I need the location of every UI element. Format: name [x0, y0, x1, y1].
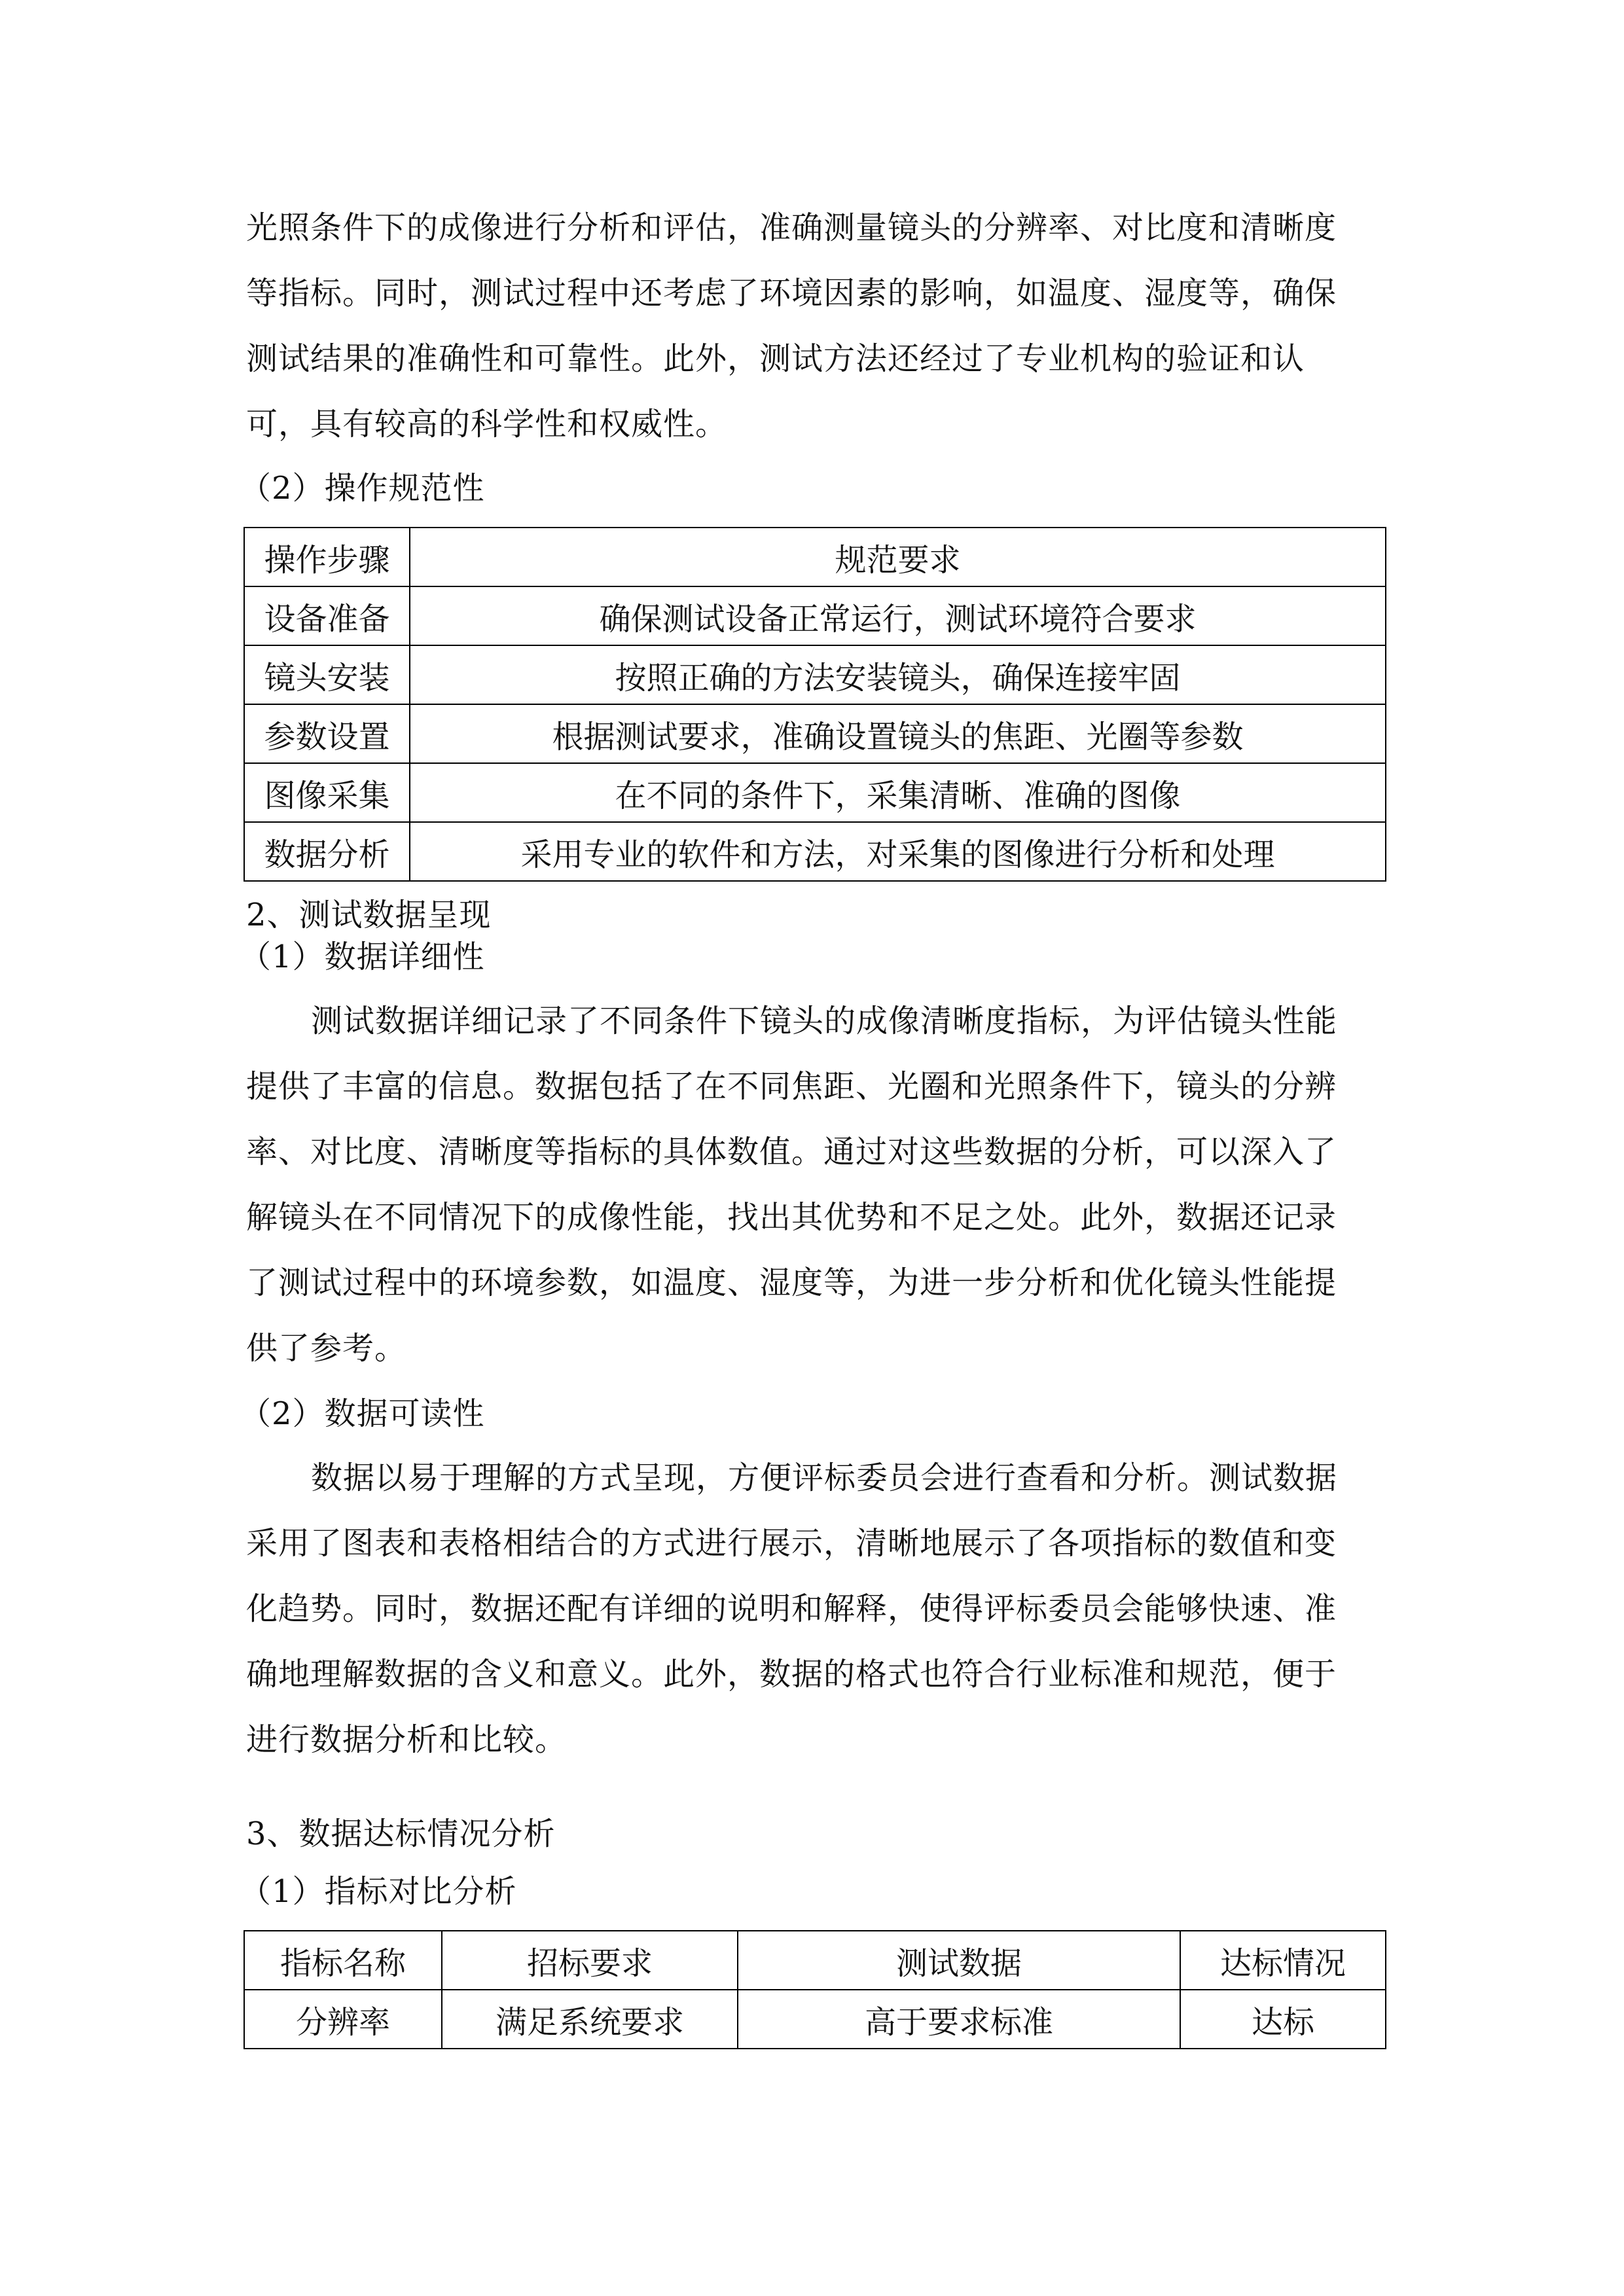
- table-header-cell: 达标情况: [1180, 1931, 1386, 1990]
- paragraph-line: 供了参考。: [246, 1329, 406, 1368]
- paragraph-line: 测试结果的准确性和可靠性。此外，测试方法还经过了专业机构的验证和认: [246, 339, 1305, 378]
- operation-table: 操作步骤 规范要求 设备准备 确保测试设备正常运行，测试环境符合要求 镜头安装 …: [244, 527, 1386, 882]
- paragraph-line: 提供了丰富的信息。数据包括了在不同焦距、光圈和光照条件下，镜头的分辨: [246, 1067, 1337, 1106]
- table-row: 图像采集 在不同的条件下，采集清晰、准确的图像: [244, 763, 1386, 822]
- subheading-operation: （2）操作规范性: [240, 469, 485, 508]
- table-header-cell: 招标要求: [442, 1931, 738, 1990]
- paragraph-line: 解镜头在不同情况下的成像性能，找出其优势和不足之处。此外，数据还记录: [246, 1198, 1337, 1237]
- paragraph-line: 光照条件下的成像进行分析和评估，准确测量镜头的分辨率、对比度和清晰度: [246, 208, 1337, 247]
- table-header-cell: 指标名称: [244, 1931, 442, 1990]
- table-row: 设备准备 确保测试设备正常运行，测试环境符合要求: [244, 586, 1386, 645]
- table-cell: 采用专业的软件和方法，对采集的图像进行分析和处理: [410, 822, 1386, 881]
- table-cell: 数据分析: [244, 822, 410, 881]
- table-cell: 图像采集: [244, 763, 410, 822]
- subheading-comparison: （1）指标对比分析: [240, 1872, 517, 1911]
- table-cell: 分辨率: [244, 1990, 442, 2049]
- table-header-row: 操作步骤 规范要求: [244, 528, 1386, 586]
- paragraph-line: 等指标。同时，测试过程中还考虑了环境因素的影响，如温度、湿度等，确保: [246, 274, 1337, 313]
- table-row: 镜头安装 按照正确的方法安装镜头，确保连接牢固: [244, 645, 1386, 704]
- paragraph-line: 测试数据详细记录了不同条件下镜头的成像清晰度指标，为评估镜头性能: [311, 1001, 1337, 1041]
- section-heading-2: 2、测试数据呈现: [246, 895, 492, 935]
- table-cell: 按照正确的方法安装镜头，确保连接牢固: [410, 645, 1386, 704]
- table-cell: 根据测试要求，准确设置镜头的焦距、光圈等参数: [410, 704, 1386, 763]
- table-cell: 确保测试设备正常运行，测试环境符合要求: [410, 586, 1386, 645]
- table-row: 参数设置 根据测试要求，准确设置镜头的焦距、光圈等参数: [244, 704, 1386, 763]
- paragraph-line: 采用了图表和表格相结合的方式进行展示，清晰地展示了各项指标的数值和变: [246, 1524, 1337, 1563]
- section-heading-3: 3、数据达标情况分析: [246, 1814, 556, 1854]
- table-cell: 高于要求标准: [738, 1990, 1180, 2049]
- table-header-cell: 操作步骤: [244, 528, 410, 586]
- paragraph-line: 确地理解数据的含义和意义。此外，数据的格式也符合行业标准和规范，便于: [246, 1655, 1337, 1694]
- paragraph-line: 了测试过程中的环境参数，如温度、湿度等，为进一步分析和优化镜头性能提: [246, 1263, 1337, 1302]
- table-header-cell: 测试数据: [738, 1931, 1180, 1990]
- paragraph-line: 率、对比度、清晰度等指标的具体数值。通过对这些数据的分析，可以深入了: [246, 1132, 1337, 1172]
- paragraph-line: 可，具有较高的科学性和权威性。: [246, 404, 727, 444]
- paragraph-line: 化趋势。同时，数据还配有详细的说明和解释，使得评标委员会能够快速、准: [246, 1589, 1337, 1628]
- table-cell: 镜头安装: [244, 645, 410, 704]
- table-header-row: 指标名称 招标要求 测试数据 达标情况: [244, 1931, 1386, 1990]
- table-cell: 参数设置: [244, 704, 410, 763]
- table-row: 分辨率 满足系统要求 高于要求标准 达标: [244, 1990, 1386, 2049]
- comparison-table: 指标名称 招标要求 测试数据 达标情况 分辨率 满足系统要求 高于要求标准 达标: [244, 1930, 1386, 2049]
- table-row: 数据分析 采用专业的软件和方法，对采集的图像进行分析和处理: [244, 822, 1386, 881]
- paragraph-line: 进行数据分析和比较。: [246, 1720, 567, 1759]
- subheading-detail: （1）数据详细性: [240, 937, 485, 977]
- table-cell: 在不同的条件下，采集清晰、准确的图像: [410, 763, 1386, 822]
- table-cell: 满足系统要求: [442, 1990, 738, 2049]
- paragraph-line: 数据以易于理解的方式呈现，方便评标委员会进行查看和分析。测试数据: [311, 1458, 1337, 1498]
- subheading-readability: （2）数据可读性: [240, 1394, 485, 1433]
- table-header-cell: 规范要求: [410, 528, 1386, 586]
- table-cell: 设备准备: [244, 586, 410, 645]
- table-cell: 达标: [1180, 1990, 1386, 2049]
